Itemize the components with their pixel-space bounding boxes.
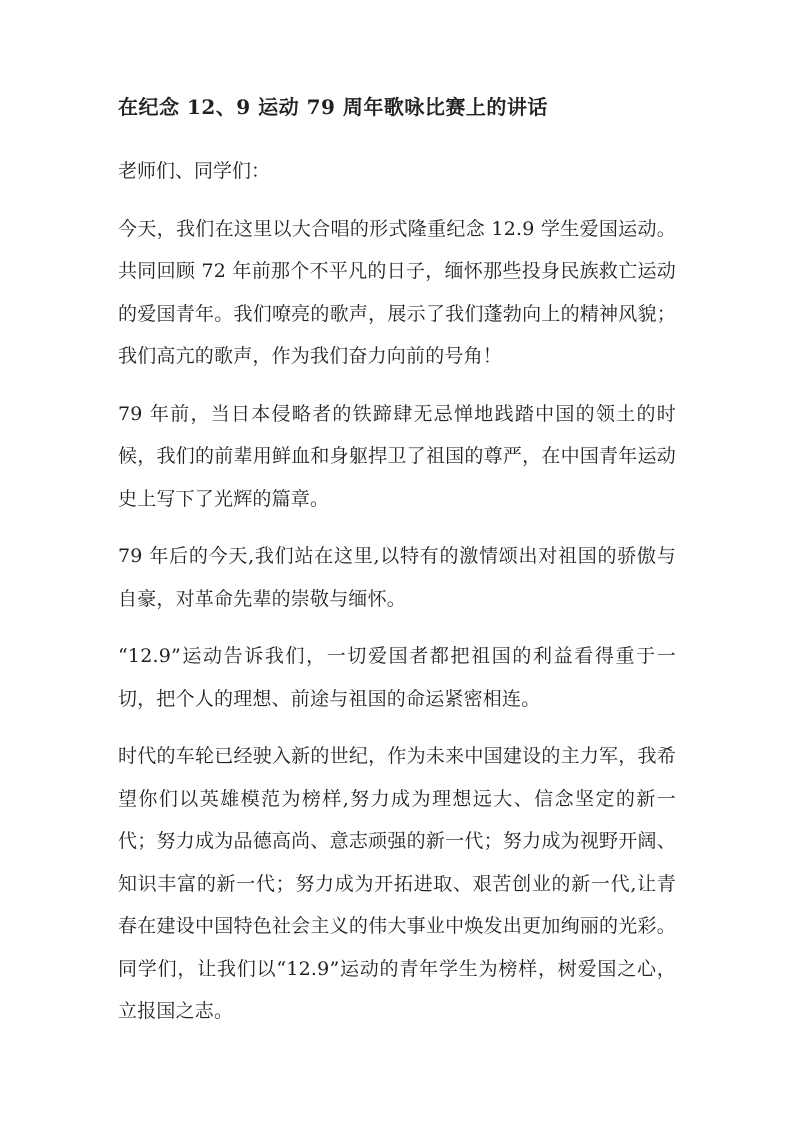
salutation-line: 老师们、同学们： [118,150,676,193]
document-title: 在纪念 12、9 运动 79 周年歌咏比赛上的讲话 [118,86,676,129]
document-content: 在纪念 12、9 运动 79 周年歌咏比赛上的讲话 老师们、同学们： 今天，我们… [118,86,676,1033]
paragraph-1: 今天，我们在这里以大合唱的形式隆重纪念 12.9 学生爱国运动。共同回顾 72 … [118,208,676,378]
paragraph-5: 时代的车轮已经驶入新的世纪，作为未来中国建设的主力军，我希望你们以英雄模范为榜样… [118,735,676,1033]
paragraph-3: 79 年后的今天,我们站在这里,以特有的激情颂出对祖国的骄傲与自豪，对革命先辈的… [118,535,676,620]
document-page: 在纪念 12、9 运动 79 周年歌咏比赛上的讲话 老师们、同学们： 今天，我们… [0,0,793,1122]
paragraph-4: “12.9”运动告诉我们，一切爱国者都把祖国的利益看得重于一切，把个人的理想、前… [118,635,676,720]
paragraph-2: 79 年前，当日本侵略者的铁蹄肆无忌惮地践踏中国的领土的时候，我们的前辈用鲜血和… [118,393,676,521]
